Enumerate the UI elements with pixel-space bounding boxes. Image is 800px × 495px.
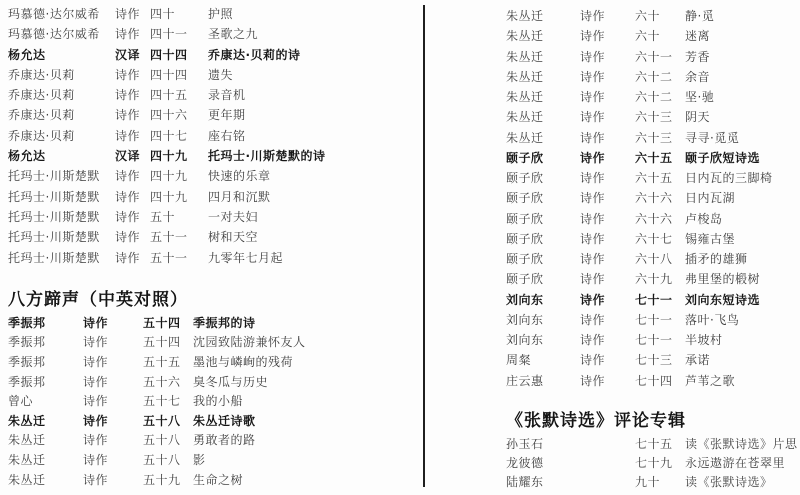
title-cell: 日内瓦湖 (685, 191, 735, 206)
title-cell: 树和天空 (208, 230, 258, 245)
author-cell: 朱丛迁 (506, 9, 544, 24)
author-cell: 颐子欣 (506, 191, 544, 206)
genre-cell: 诗作 (83, 355, 108, 370)
author-cell: 季振邦 (8, 375, 46, 390)
title-cell: 生命之树 (193, 473, 243, 488)
author-cell: 托玛士·川斯楚默 (8, 210, 100, 225)
page-number-cell: 四十六 (150, 108, 188, 123)
author-cell: 朱丛迁 (506, 29, 544, 44)
genre-cell: 诗作 (83, 414, 108, 429)
right-column: 朱丛迁诗作六十静·觅朱丛迁诗作六十迷离朱丛迁诗作六十一芳香朱丛迁诗作六十二余音朱… (506, 0, 798, 493)
toc-section: 季振邦诗作五十四季振邦的诗季振邦诗作五十四沈园致陆游兼怀友人季振邦诗作五十五墨池… (8, 315, 420, 491)
author-cell: 玛慕德·达尔威希 (8, 7, 100, 22)
genre-cell: 诗作 (115, 129, 140, 144)
page-number-cell: 五十一 (150, 230, 188, 245)
title-cell: 季振邦的诗 (193, 316, 256, 331)
page-number-cell: 六十五 (635, 171, 673, 186)
author-cell: 乔康达·贝莉 (8, 129, 75, 144)
author-cell: 颐子欣 (506, 252, 544, 267)
author-cell: 孙玉石 (506, 437, 544, 452)
page-number-cell: 六十 (635, 29, 660, 44)
author-cell: 曾心 (8, 394, 33, 409)
page-number-cell: 七十九 (635, 456, 673, 471)
title-cell: 静·觅 (685, 9, 714, 24)
author-cell: 朱丛迁 (8, 453, 46, 468)
toc-row: 季振邦诗作五十四沈园致陆游兼怀友人 (8, 334, 420, 354)
toc-row: 玛慕德·达尔威希诗作四十一圣歌之九 (8, 26, 420, 46)
author-cell: 朱丛迁 (506, 50, 544, 65)
genre-cell: 诗作 (580, 212, 605, 227)
title-cell: 乔康达·贝莉的诗 (208, 48, 301, 63)
author-cell: 朱丛迁 (8, 473, 46, 488)
genre-cell: 诗作 (580, 90, 605, 105)
author-cell: 朱丛迁 (8, 433, 46, 448)
page-number-cell: 七十三 (635, 353, 673, 368)
page-number-cell: 四十四 (150, 68, 188, 83)
genre-cell: 诗作 (580, 191, 605, 206)
toc-row: 刘向东诗作七十一刘向东短诗选 (506, 292, 798, 312)
genre-cell: 诗作 (83, 394, 108, 409)
toc-row: 颐子欣诗作六十八插矛的雄狮 (506, 251, 798, 271)
genre-cell: 诗作 (83, 316, 108, 331)
toc-row: 托玛士·川斯楚默诗作五十一九零年七月起 (8, 250, 420, 270)
title-cell: 勇敢者的路 (193, 433, 256, 448)
title-cell: 一对夫妇 (208, 210, 258, 225)
toc-row: 朱丛迁诗作六十三阴天 (506, 109, 798, 129)
section-header: 八方蹄声（中英对照） (8, 289, 420, 312)
title-cell: 落叶·飞鸟 (685, 313, 739, 328)
author-cell: 颐子欣 (506, 171, 544, 186)
page-number-cell: 六十 (635, 9, 660, 24)
toc-row: 周粲诗作七十三承诺 (506, 352, 798, 372)
title-cell: 卢梭岛 (685, 212, 723, 227)
page-number-cell: 四十四 (150, 48, 188, 63)
toc-row: 朱丛迁诗作五十八勇敢者的路 (8, 432, 420, 452)
author-cell: 朱丛迁 (506, 110, 544, 125)
toc-row: 颐子欣诗作六十九弗里堡的椴树 (506, 271, 798, 291)
title-cell: 录音机 (208, 88, 246, 103)
toc-row: 季振邦诗作五十四季振邦的诗 (8, 315, 420, 335)
author-cell: 刘向东 (506, 313, 544, 328)
toc-row: 刘向东诗作七十一半坡村 (506, 332, 798, 352)
genre-cell: 诗作 (115, 88, 140, 103)
toc-row: 朱丛迁诗作六十静·觅 (506, 8, 798, 28)
author-cell: 朱丛迁 (506, 90, 544, 105)
genre-cell: 诗作 (83, 433, 108, 448)
page-number-cell: 四十 (150, 7, 175, 22)
author-cell: 颐子欣 (506, 232, 544, 247)
title-cell: 芳香 (685, 50, 710, 65)
genre-cell: 诗作 (115, 190, 140, 205)
genre-cell: 诗作 (580, 232, 605, 247)
genre-cell: 诗作 (580, 29, 605, 44)
title-cell: 读《张默诗选》 (685, 475, 773, 490)
title-cell: 弗里堡的椴树 (685, 272, 760, 287)
toc-row: 托玛士·川斯楚默诗作五十一对夫妇 (8, 209, 420, 229)
title-cell: 承诺 (685, 353, 710, 368)
page-number-cell: 五十九 (143, 473, 181, 488)
title-cell: 臭冬瓜与历史 (193, 375, 268, 390)
page-number-cell: 六十三 (635, 110, 673, 125)
author-cell: 乔康达·贝莉 (8, 68, 75, 83)
author-cell: 季振邦 (8, 335, 46, 350)
left-column: 玛慕德·达尔威希诗作四十护照玛慕德·达尔威希诗作四十一圣歌之九杨允达汉译四十四乔… (8, 0, 420, 491)
genre-cell: 诗作 (580, 293, 605, 308)
toc-page: { "page": { "background": "#fdfdfd", "di… (0, 0, 800, 495)
author-cell: 龙彼德 (506, 456, 544, 471)
toc-section: 朱丛迁诗作六十静·觅朱丛迁诗作六十迷离朱丛迁诗作六十一芳香朱丛迁诗作六十二余音朱… (506, 0, 798, 393)
title-cell: 快速的乐章 (208, 169, 271, 184)
toc-row: 朱丛迁诗作六十二余音 (506, 69, 798, 89)
genre-cell: 诗作 (115, 230, 140, 245)
toc-row: 玛慕德·达尔威希诗作四十护照 (8, 6, 420, 26)
title-cell: 读《张默诗选》片思 (685, 437, 798, 452)
genre-cell: 诗作 (83, 453, 108, 468)
page-number-cell: 五十四 (143, 316, 181, 331)
toc-row: 朱丛迁诗作六十迷离 (506, 28, 798, 48)
author-cell: 乔康达·贝莉 (8, 88, 75, 103)
title-cell: 护照 (208, 7, 233, 22)
title-cell: 余音 (685, 70, 710, 85)
page-number-cell: 四十七 (150, 129, 188, 144)
toc-row: 托玛士·川斯楚默诗作四十九快速的乐章 (8, 168, 420, 188)
title-cell: 九零年七月起 (208, 251, 283, 266)
title-cell: 半坡村 (685, 333, 723, 348)
genre-cell: 诗作 (580, 333, 605, 348)
page-number-cell: 六十六 (635, 191, 673, 206)
title-cell: 影 (193, 453, 206, 468)
genre-cell: 诗作 (580, 50, 605, 65)
author-cell: 庄云惠 (506, 374, 544, 389)
title-cell: 托玛士·川斯楚默的诗 (208, 149, 326, 164)
genre-cell: 诗作 (115, 251, 140, 266)
title-cell: 迷离 (685, 29, 710, 44)
author-cell: 朱丛迁 (506, 131, 544, 146)
author-cell: 托玛士·川斯楚默 (8, 251, 100, 266)
toc-row: 龙彼德七十九永远遨游在苍翠里 (506, 455, 798, 474)
toc-row: 朱丛迁诗作六十三寻寻·觅觅 (506, 130, 798, 150)
genre-cell: 诗作 (115, 7, 140, 22)
author-cell: 颐子欣 (506, 151, 544, 166)
author-cell: 玛慕德·达尔威希 (8, 27, 100, 42)
title-cell: 寻寻·觅觅 (685, 131, 739, 146)
page-number-cell: 五十八 (143, 433, 181, 448)
toc-row: 托玛士·川斯楚默诗作四十九四月和沉默 (8, 189, 420, 209)
title-cell: 日内瓦的三脚椅 (685, 171, 773, 186)
genre-cell: 诗作 (580, 374, 605, 389)
page-number-cell: 五十一 (150, 251, 188, 266)
genre-cell: 诗作 (580, 252, 605, 267)
author-cell: 颐子欣 (506, 212, 544, 227)
genre-cell: 诗作 (580, 70, 605, 85)
genre-cell: 诗作 (83, 473, 108, 488)
author-cell: 杨允达 (8, 149, 46, 164)
genre-cell: 诗作 (580, 171, 605, 186)
genre-cell: 诗作 (115, 108, 140, 123)
title-cell: 芦苇之歌 (685, 374, 735, 389)
toc-row: 朱丛迁诗作六十一芳香 (506, 49, 798, 69)
toc-row: 季振邦诗作五十五墨池与嶙峋的残荷 (8, 354, 420, 374)
page-number-cell: 六十六 (635, 212, 673, 227)
toc-row: 颐子欣诗作六十六卢梭岛 (506, 211, 798, 231)
genre-cell: 诗作 (580, 151, 605, 166)
genre-cell: 诗作 (83, 335, 108, 350)
page-number-cell: 七十五 (635, 437, 673, 452)
page-number-cell: 四十九 (150, 190, 188, 205)
page-number-cell: 五十四 (143, 335, 181, 350)
genre-cell: 诗作 (115, 68, 140, 83)
title-cell: 遗失 (208, 68, 233, 83)
page-number-cell: 六十一 (635, 50, 673, 65)
title-cell: 座右铭 (208, 129, 246, 144)
page-number-cell: 九十 (635, 475, 660, 490)
title-cell: 永远遨游在苍翠里 (685, 456, 785, 471)
page-number-cell: 七十一 (635, 333, 673, 348)
page-number-cell: 四十一 (150, 27, 188, 42)
genre-cell: 汉译 (115, 149, 140, 164)
toc-row: 杨允达汉译四十九托玛士·川斯楚默的诗 (8, 148, 420, 168)
author-cell: 杨允达 (8, 48, 46, 63)
toc-row: 季振邦诗作五十六臭冬瓜与历史 (8, 374, 420, 394)
genre-cell: 诗作 (115, 169, 140, 184)
author-cell: 颐子欣 (506, 272, 544, 287)
toc-row: 颐子欣诗作六十七锡雍古堡 (506, 231, 798, 251)
page-number-cell: 六十八 (635, 252, 673, 267)
title-cell: 沈园致陆游兼怀友人 (193, 335, 306, 350)
genre-cell: 诗作 (580, 131, 605, 146)
author-cell: 刘向东 (506, 293, 544, 308)
author-cell: 托玛士·川斯楚默 (8, 169, 100, 184)
toc-row: 乔康达·贝莉诗作四十五录音机 (8, 87, 420, 107)
page-number-cell: 四十九 (150, 149, 188, 164)
genre-cell: 诗作 (115, 210, 140, 225)
title-cell: 锡雍古堡 (685, 232, 735, 247)
page-number-cell: 六十二 (635, 90, 673, 105)
title-cell: 插矛的雄狮 (685, 252, 748, 267)
author-cell: 托玛士·川斯楚默 (8, 190, 100, 205)
toc-section: 孙玉石七十五读《张默诗选》片思龙彼德七十九永远遨游在苍翠里陆耀东九十读《张默诗选… (506, 436, 798, 493)
toc-row: 朱丛迁诗作五十八影 (8, 452, 420, 472)
page-number-cell: 五十八 (143, 414, 181, 429)
author-cell: 刘向东 (506, 333, 544, 348)
title-cell: 墨池与嶙峋的残荷 (193, 355, 293, 370)
column-divider (423, 5, 425, 487)
toc-row: 朱丛迁诗作五十九生命之树 (8, 472, 420, 492)
author-cell: 陆耀东 (506, 475, 544, 490)
title-cell: 坚·驰 (685, 90, 714, 105)
page-number-cell: 六十三 (635, 131, 673, 146)
genre-cell: 诗作 (580, 313, 605, 328)
toc-row: 朱丛迁诗作五十八朱丛迁诗歌 (8, 413, 420, 433)
page-number-cell: 七十一 (635, 293, 673, 308)
page-number-cell: 六十二 (635, 70, 673, 85)
genre-cell: 诗作 (580, 9, 605, 24)
author-cell: 乔康达·贝莉 (8, 108, 75, 123)
title-cell: 四月和沉默 (208, 190, 271, 205)
page-number-cell: 六十五 (635, 151, 673, 166)
page-number-cell: 五十八 (143, 453, 181, 468)
title-cell: 阴天 (685, 110, 710, 125)
page-number-cell: 四十五 (150, 88, 188, 103)
title-cell: 刘向东短诗选 (685, 293, 760, 308)
toc-row: 乔康达·贝莉诗作四十四遗失 (8, 67, 420, 87)
genre-cell: 诗作 (580, 110, 605, 125)
title-cell: 更年期 (208, 108, 246, 123)
title-cell: 朱丛迁诗歌 (193, 414, 256, 429)
author-cell: 周粲 (506, 353, 531, 368)
genre-cell: 汉译 (115, 48, 140, 63)
page-number-cell: 五十六 (143, 375, 181, 390)
page-number-cell: 四十九 (150, 169, 188, 184)
page-number-cell: 五十 (150, 210, 175, 225)
toc-row: 杨允达汉译四十四乔康达·贝莉的诗 (8, 47, 420, 67)
toc-row: 刘向东诗作七十一落叶·飞鸟 (506, 312, 798, 332)
genre-cell: 诗作 (83, 375, 108, 390)
author-cell: 季振邦 (8, 316, 46, 331)
toc-row: 乔康达·贝莉诗作四十七座右铭 (8, 128, 420, 148)
author-cell: 托玛士·川斯楚默 (8, 230, 100, 245)
page-number-cell: 六十七 (635, 232, 673, 247)
toc-row: 托玛士·川斯楚默诗作五十一树和天空 (8, 229, 420, 249)
section-header: 《张默诗选》评论专辑 (506, 410, 798, 434)
author-cell: 朱丛迁 (8, 414, 46, 429)
author-cell: 季振邦 (8, 355, 46, 370)
toc-row: 乔康达·贝莉诗作四十六更年期 (8, 107, 420, 127)
page-number-cell: 七十四 (635, 374, 673, 389)
page-number-cell: 六十九 (635, 272, 673, 287)
genre-cell: 诗作 (580, 272, 605, 287)
toc-row: 颐子欣诗作六十五日内瓦的三脚椅 (506, 170, 798, 190)
genre-cell: 诗作 (580, 353, 605, 368)
title-cell: 我的小船 (193, 394, 243, 409)
page-number-cell: 五十七 (143, 394, 181, 409)
page-number-cell: 五十五 (143, 355, 181, 370)
toc-row: 孙玉石七十五读《张默诗选》片思 (506, 436, 798, 455)
toc-row: 颐子欣诗作六十五颐子欣短诗选 (506, 150, 798, 170)
toc-row: 曾心诗作五十七我的小船 (8, 393, 420, 413)
title-cell: 颐子欣短诗选 (685, 151, 760, 166)
author-cell: 朱丛迁 (506, 70, 544, 85)
toc-section: 玛慕德·达尔威希诗作四十护照玛慕德·达尔威希诗作四十一圣歌之九杨允达汉译四十四乔… (8, 0, 420, 270)
page-number-cell: 七十一 (635, 313, 673, 328)
toc-row: 庄云惠诗作七十四芦苇之歌 (506, 373, 798, 393)
toc-row: 颐子欣诗作六十六日内瓦湖 (506, 190, 798, 210)
genre-cell: 诗作 (115, 27, 140, 42)
toc-row: 陆耀东九十读《张默诗选》 (506, 474, 798, 493)
toc-row: 朱丛迁诗作六十二坚·驰 (506, 89, 798, 109)
title-cell: 圣歌之九 (208, 27, 258, 42)
